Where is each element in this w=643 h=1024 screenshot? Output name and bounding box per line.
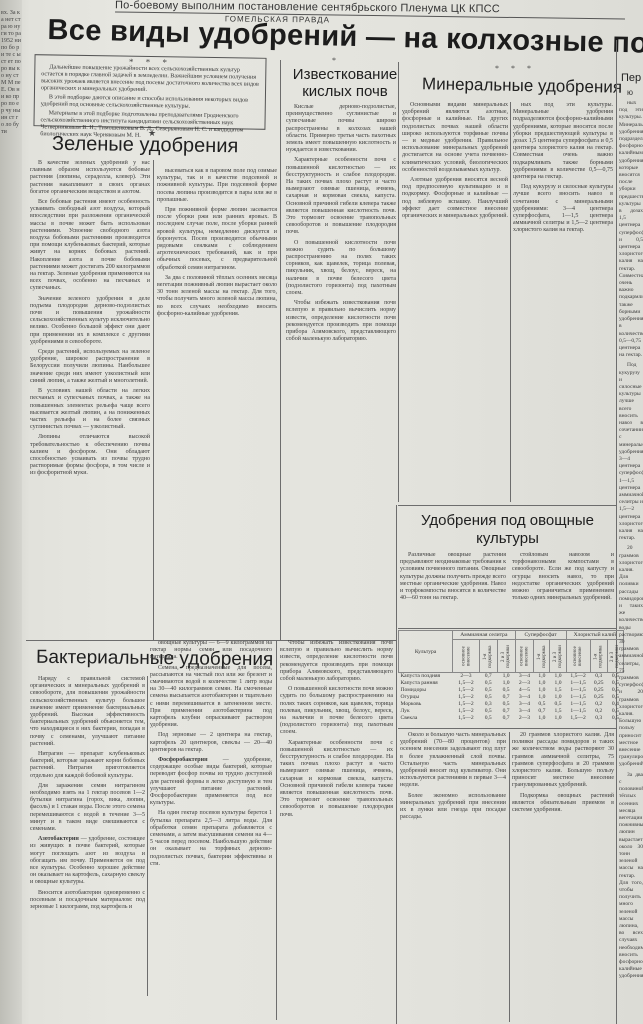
subcolumn-header: основное внесение	[515, 640, 534, 673]
table-row: Морковь1,5—20,30,53—40,50,51—1,50,20,4	[399, 701, 624, 708]
title-line: Удобрения под овощные	[405, 512, 610, 530]
paragraph: 20 граммов хлористого калия. Для поливки…	[619, 545, 643, 768]
section-title-mineral: Минеральные удобрения	[422, 74, 622, 97]
phosphobacterin-lead: Фосфоробактерин	[158, 757, 208, 763]
crop-cell: Помидоры	[399, 687, 453, 694]
value-cell: 2—3	[515, 715, 534, 722]
value-cell: 1,0	[550, 673, 566, 681]
crop-cell: Свекла	[399, 715, 453, 722]
next-article-subtitle-fragment: ю	[627, 88, 633, 97]
next-article-text-fragment: ных под эти культуры. Минеральные удобре…	[619, 100, 643, 1020]
value-cell: 1,5—2	[566, 673, 590, 681]
paragraph: ных под эти культуры. Минеральные удобре…	[619, 100, 643, 359]
value-cell: 1,0	[497, 673, 515, 681]
value-cell: 0,25	[590, 694, 607, 701]
column-divider	[147, 676, 148, 996]
value-cell: 1,0	[534, 680, 550, 687]
column-divider	[616, 40, 617, 1024]
value-cell: 0,5	[479, 680, 497, 687]
paragraph: Значение зеленого удобрения в деле подъе…	[30, 296, 150, 346]
paragraph: Чтобы избежать известкования почв вслепу…	[280, 640, 393, 683]
value-cell: 1—1,5	[566, 687, 590, 694]
paragraph: Люпины отличаются высокой требовательнос…	[30, 434, 150, 477]
paragraph: Подкормка овощных растений является обяз…	[512, 793, 614, 815]
value-cell: 1—1,5	[566, 701, 590, 708]
value-cell: 0,25	[590, 680, 607, 687]
value-cell: 0,25	[590, 687, 607, 694]
value-cell: 1,5—2	[453, 687, 480, 694]
column-divider	[398, 62, 399, 502]
value-cell: 1,0	[534, 687, 550, 694]
section-title-liming: Известкование кислых почв	[290, 66, 400, 100]
liming-stars: *	[332, 56, 336, 65]
subcolumn-header: основное внесение	[566, 640, 590, 673]
subcolumn-header: 1-я подкормка	[534, 640, 550, 673]
value-cell: 0,5	[479, 687, 497, 694]
vegetable-column-2-top: стойловым навозом и торфонавозными компо…	[512, 552, 614, 627]
value-cell: 0,7	[497, 715, 515, 722]
value-cell: 0,5	[550, 701, 566, 708]
value-cell: 0,2	[590, 701, 607, 708]
column-divider	[509, 732, 510, 1022]
paragraph: высеваться как в паровом поле под озимые…	[157, 168, 277, 204]
section-divider	[398, 505, 616, 506]
value-cell: 0,7	[497, 694, 515, 701]
subcolumn-header: 2 и 3 подкормки	[550, 640, 566, 673]
value-cell: 0,3	[590, 715, 607, 722]
azotobacterin-text: — удобрение, состоящее из живущих в почв…	[30, 836, 145, 885]
group-header: Хлористый калий	[566, 631, 623, 640]
intro-box: * * * Дальнейшее повышение урожайности в…	[33, 54, 266, 130]
mineral-column-1: Основными видами минеральных удобрений я…	[402, 102, 508, 497]
value-cell: 0,5	[497, 701, 515, 708]
value-cell: 1,0	[534, 715, 550, 722]
green-column-1: В качестве зеленых удобрений у нас главн…	[30, 160, 150, 635]
value-cell: 2—3	[515, 680, 534, 687]
mineral-column-2: ных под эти культуры. Минеральные удобре…	[513, 102, 613, 497]
value-cell: 1—1,5	[566, 708, 590, 715]
value-cell: 1,5—2	[453, 708, 480, 715]
table-row: Капуста поздняя2—30,71,03—41,01,01,5—20,…	[399, 673, 624, 681]
mineral-stars: * * *	[495, 64, 536, 73]
paragraph: Азотобактерин — удобрение, состоящее из …	[30, 836, 145, 886]
title-line: Известкование	[290, 66, 400, 83]
paragraph: Все бобовые растения имеют особенность у…	[30, 199, 150, 293]
bacterial-column-1: Наряду с правильной системой органически…	[30, 676, 145, 1021]
paragraph: стойловым навозом и торфонавозными компо…	[512, 552, 614, 602]
paragraph: Нитрагин — препарат клубеньковых бактери…	[30, 751, 145, 780]
paragraph: Под кукурузу и силосные культуры лучше в…	[513, 184, 613, 234]
value-cell: 1—1,5	[566, 680, 590, 687]
value-cell: 1,0	[550, 694, 566, 701]
table-row: Свекла1,5—20,50,72—31,01,01,5—20,30,5	[399, 715, 624, 722]
value-cell: 0,5	[479, 694, 497, 701]
paragraph: Чтобы избежать известкования почв вслепу…	[286, 300, 396, 343]
paragraph: За два с половиной тёплых осенних месяца…	[157, 275, 277, 318]
paragraph: 20 граммов хлористого калия. Для поливки…	[512, 732, 614, 790]
value-cell: 1—1,5	[566, 694, 590, 701]
value-cell: 1,0	[550, 680, 566, 687]
value-cell: 0,7	[479, 673, 497, 681]
phosphobacterin-text: — удобрение, содержащее особые виды бакт…	[150, 757, 272, 806]
value-cell: 1,5—2	[453, 701, 480, 708]
table-row: Капуста ранняя1,5—20,51,02—31,01,01—1,50…	[399, 680, 624, 687]
value-cell: 3—4	[515, 701, 534, 708]
intro-paragraph: В этой подборке даются описание и способ…	[41, 94, 259, 111]
paragraph: Основными видами минеральных удобрений я…	[402, 102, 508, 174]
value-cell: 0,3	[479, 701, 497, 708]
paragraph: Различные овощные растения предъявляют н…	[400, 552, 506, 602]
crop-cell: Лук	[399, 708, 453, 715]
azotobacterin-lead: Азотобактерин	[38, 836, 79, 842]
paragraph: Около и большую часть минеральных удобре…	[400, 732, 506, 790]
value-cell: 1,0	[497, 680, 515, 687]
paragraph: На один гектар посевов культуры берется …	[150, 810, 272, 868]
paragraph: При пожнивной форме люпин засевается пос…	[157, 207, 277, 272]
vegetable-column-2: 20 граммов хлористого калия. Для поливки…	[512, 732, 614, 1022]
subcolumn-header: 1-я подкормка	[590, 640, 607, 673]
value-cell: 2—3	[453, 673, 480, 681]
green-column-2: высеваться как в паровом поле под озимые…	[157, 168, 277, 638]
vegetable-column-1-top: Различные овощные растения предъявляют н…	[400, 552, 506, 627]
subcolumn-header: 2 и 3 подкормки	[497, 640, 515, 673]
subcolumn-header: 1-я подкормка	[479, 640, 497, 673]
table-row: Огурцы1,5—20,50,73—41,01,01—1,50,250,5	[399, 694, 624, 701]
crop-cell: Капуста ранняя	[399, 680, 453, 687]
paragraph: Семена, предназначенные для посева, расс…	[150, 665, 272, 730]
paragraph: Под кукурузу и силосные культуры лучше в…	[619, 362, 643, 542]
paragraph: Характерные особенности почв с повышенно…	[286, 157, 396, 236]
newspaper-page: вх. За ка нет ст ра ю ну ги то ра 1952 н…	[0, 0, 643, 1024]
value-cell: 1,5—2	[453, 694, 480, 701]
title-line: кислых почв	[290, 83, 400, 100]
value-cell: 4—5	[515, 687, 534, 694]
crop-cell: Огурцы	[399, 694, 453, 701]
value-cell: 1,5	[550, 687, 566, 694]
value-cell: 0,5	[479, 715, 497, 722]
value-cell: 0,7	[534, 708, 550, 715]
liming-column: Кислые дерново-подзолистые, преимуществе…	[286, 104, 396, 494]
value-cell: 0,5	[497, 687, 515, 694]
paragraph: Характерные особенности почв с повышенно…	[280, 740, 393, 819]
paragraph: Для заражения семян нитрагином необходим…	[30, 783, 145, 833]
table-bottom-rule	[398, 728, 616, 729]
column-divider	[153, 160, 154, 640]
crop-cell: Морковь	[399, 701, 453, 708]
paragraph: Вносится азотобактерин одновременно с по…	[30, 890, 145, 912]
bacterial-column-2: овощные культуры — 6—9 килограммов на ге…	[150, 640, 272, 985]
paragraph: О повышенной кислотности почв можно суди…	[286, 240, 396, 298]
next-article-title-fragment: Пер	[621, 72, 641, 84]
paragraph: Наряду с правильной системой органически…	[30, 676, 145, 748]
subcolumn-header: основное внесение	[453, 640, 480, 673]
value-cell: 1,5	[550, 708, 566, 715]
paragraph: Кислые дерново-подзолистые, преимуществе…	[286, 104, 396, 154]
value-cell: 1,5—2	[566, 715, 590, 722]
value-cell: 0,3	[590, 673, 607, 681]
paragraph: В условиях нашей области на легких песча…	[30, 388, 150, 431]
value-cell: 1,5—2	[453, 680, 480, 687]
value-cell: 3—4	[515, 708, 534, 715]
value-cell: 1,0	[534, 694, 550, 701]
value-cell: 3—4	[515, 673, 534, 681]
liming-continuation-column: Чтобы избежать известкования почв вслепу…	[280, 640, 393, 1020]
value-cell: 1,5—2	[453, 715, 480, 722]
group-header: Суперфосфат	[515, 631, 566, 640]
paragraph: Более экономно использование минеральных…	[400, 793, 506, 822]
value-cell: 3—4	[515, 694, 534, 701]
value-cell: 1,0	[534, 673, 550, 681]
value-cell: 0,7	[497, 708, 515, 715]
paragraph: О повышенной кислотности почв можно суди…	[280, 686, 393, 736]
column-divider	[510, 102, 511, 502]
intro-paragraph: Дальнейшее повышение урожайности всех се…	[41, 64, 259, 95]
title-line: культуры	[405, 530, 610, 548]
section-title-green: Зеленые удобрения	[52, 133, 239, 159]
crop-cell: Капуста поздняя	[399, 673, 453, 681]
table-top-rule	[398, 628, 616, 629]
column-divider	[280, 60, 281, 640]
value-cell: 0,5	[534, 701, 550, 708]
paragraph: В качестве зеленых удобрений у нас главн…	[30, 160, 150, 196]
group-header: Аммиачная селитра	[453, 631, 515, 640]
adjacent-page-edge: вх. За ка нет ст ра ю ну ги то ра 1952 н…	[0, 0, 22, 1024]
paragraph: Среди растений, используемых на зеленое …	[30, 349, 150, 385]
value-cell: 1,0	[550, 715, 566, 722]
table-row: Помидоры1,5—20,50,54—51,01,51—1,50,250,5	[399, 687, 624, 694]
paragraph: Фосфоробактерин — удобрение, содержащее …	[150, 757, 272, 807]
crop-header: Культура	[399, 631, 453, 673]
paragraph: ных под эти культуры. Минеральные удобре…	[513, 102, 613, 181]
fertilizer-table: Культура Аммиачная селитра Суперфосфат Х…	[398, 630, 624, 722]
column-divider	[396, 505, 397, 1024]
section-title-vegetable: Удобрения под овощные культуры	[405, 512, 610, 548]
paragraph: Азотные удобрения вносятся весной под пр…	[402, 177, 508, 220]
column-divider	[276, 640, 277, 1020]
value-cell: 0,2	[590, 708, 607, 715]
table-row: Лук1,5—20,50,73—40,71,51—1,50,20,5	[399, 708, 624, 715]
paragraph: Под зерновые — 2 центнера на гектар, кар…	[150, 732, 272, 754]
paragraph: За два с половиной тёплых осенних месяца…	[619, 772, 643, 981]
vegetable-column-1: Около и большую часть минеральных удобре…	[400, 732, 506, 1022]
paragraph: овощные культуры — 6—9 килограммов на ге…	[150, 640, 272, 662]
value-cell: 0,5	[479, 708, 497, 715]
